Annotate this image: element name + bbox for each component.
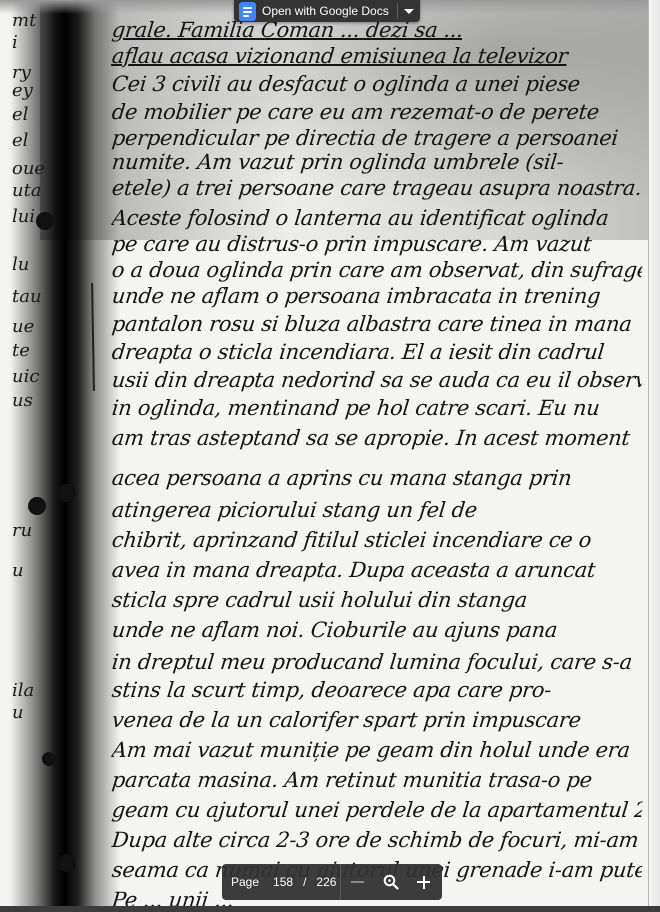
margin-note: el [12,130,44,151]
page-label: Page [231,875,259,889]
margin-note: ue [12,316,44,337]
handwritten-line: stins la scurt timp, deoarece apa care p… [111,678,644,702]
handwritten-line: venea de la un calorifer spart prin impu… [111,708,644,732]
margin-note: us [12,390,44,411]
punch-hole [28,497,46,515]
open-with-dropdown-button[interactable] [398,0,420,22]
handwritten-line: atingerea piciorului stang un fel de [111,498,644,522]
handwritten-line: unde ne aflam noi. Cioburile au ajuns pa… [111,618,644,642]
handwritten-line: acea persoana a aprins cu mana stanga pr… [111,466,644,490]
magnifier-icon [383,874,399,890]
zoom-in-button[interactable] [407,864,440,900]
margin-note: u [12,702,44,723]
page-separator: / [303,875,306,889]
current-page-input[interactable]: 158 [273,875,293,889]
handwritten-line: usii din dreapta nedorind sa se auda ca … [111,368,644,392]
margin-note: ru [12,520,44,541]
handwritten-line: pe care au distrus-o prin impuscare. Am … [111,232,644,256]
handwritten-line: unde ne aflam o persoana imbracata in tr… [111,284,644,308]
handwritten-line: pantalon rosu si bluza albastra care tin… [111,312,644,336]
page-indicator: Page 158 / 226 [222,864,340,900]
handwritten-line: de mobilier pe care eu am rezemat-o de p… [111,100,644,124]
margin-note: uic [12,366,44,387]
pdf-viewer: mt i ry ey el el oue uta lui lu tau ue t… [0,0,660,912]
open-with-google-docs-button[interactable]: Open with Google Docs [234,0,397,22]
handwritten-line: numite. Am vazut prin oglinda umbrele (s… [111,150,644,174]
handwritten-line: perpendicular pe directia de tragere a p… [111,126,644,150]
page-right-edge [648,0,660,906]
zoom-out-button[interactable] [341,864,374,900]
page-controls: Page 158 / 226 [222,864,442,900]
punch-hole [58,484,76,502]
margin-note: oue [12,158,44,179]
margin-note: uta [12,180,44,201]
minus-icon [351,881,364,883]
handwritten-line: geam cu ajutorul unei perdele de la apar… [111,798,644,822]
handwritten-line: etele) a trei persoane care trageau asup… [111,176,644,200]
handwritten-line: avea in mana dreapta. Dupa aceasta a aru… [111,558,644,582]
margin-note: i [12,32,44,53]
google-docs-icon [239,2,256,21]
handwritten-line: sticla spre cadrul usii holului din stan… [111,588,644,612]
punch-hole [42,752,56,766]
margin-note: te [12,340,44,361]
handwritten-line: o a doua oglinda prin care am observat, … [111,258,644,282]
margin-note: el [12,104,44,125]
zoom-fit-button[interactable] [374,864,407,900]
handwritten-line: parcata masina. Am retinut munitia trasa… [111,768,644,792]
handwritten-line: Cei 3 civili au desfacut o oglinda a une… [111,72,644,96]
margin-note: u [12,560,44,581]
document-page: mt i ry ey el el oue uta lui lu tau ue t… [0,0,660,906]
viewer-bottom-edge [0,906,660,912]
handwritten-line: Am mai vazut muniție pe geam din holul u… [111,738,644,762]
handwritten-line: aflau acasa vizionand emisiunea la telev… [111,44,644,68]
margin-note: lui [12,206,44,227]
handwritten-line: am tras asteptand sa se apropie. In aces… [111,426,644,450]
margin-note: mt [12,10,44,31]
handwritten-line: Aceste folosind o lanterna au identifica… [111,206,644,230]
plus-icon [417,876,430,889]
open-with-toolbar: Open with Google Docs [234,0,420,22]
handwritten-line: chibrit, aprinzand fitilul sticlei incen… [111,528,644,552]
margin-note: lu [12,254,44,275]
handwritten-line: in oglinda, mentinand pe hol catre scari… [111,396,644,420]
margin-note: ila [12,680,44,701]
handwritten-line: in dreptul meu producand lumina focului,… [111,650,644,674]
caret-down-icon [404,9,414,14]
margin-note: tau [12,286,44,307]
handwritten-line: Dupa alte circa 2-3 ore de schimb de foc… [111,828,644,852]
total-pages: 226 [316,875,336,889]
margin-note: ey [12,80,44,101]
handwritten-line: dreapta o sticla incendiara. El a iesit … [111,340,644,364]
open-with-label: Open with Google Docs [262,4,389,18]
punch-hole [58,854,76,872]
